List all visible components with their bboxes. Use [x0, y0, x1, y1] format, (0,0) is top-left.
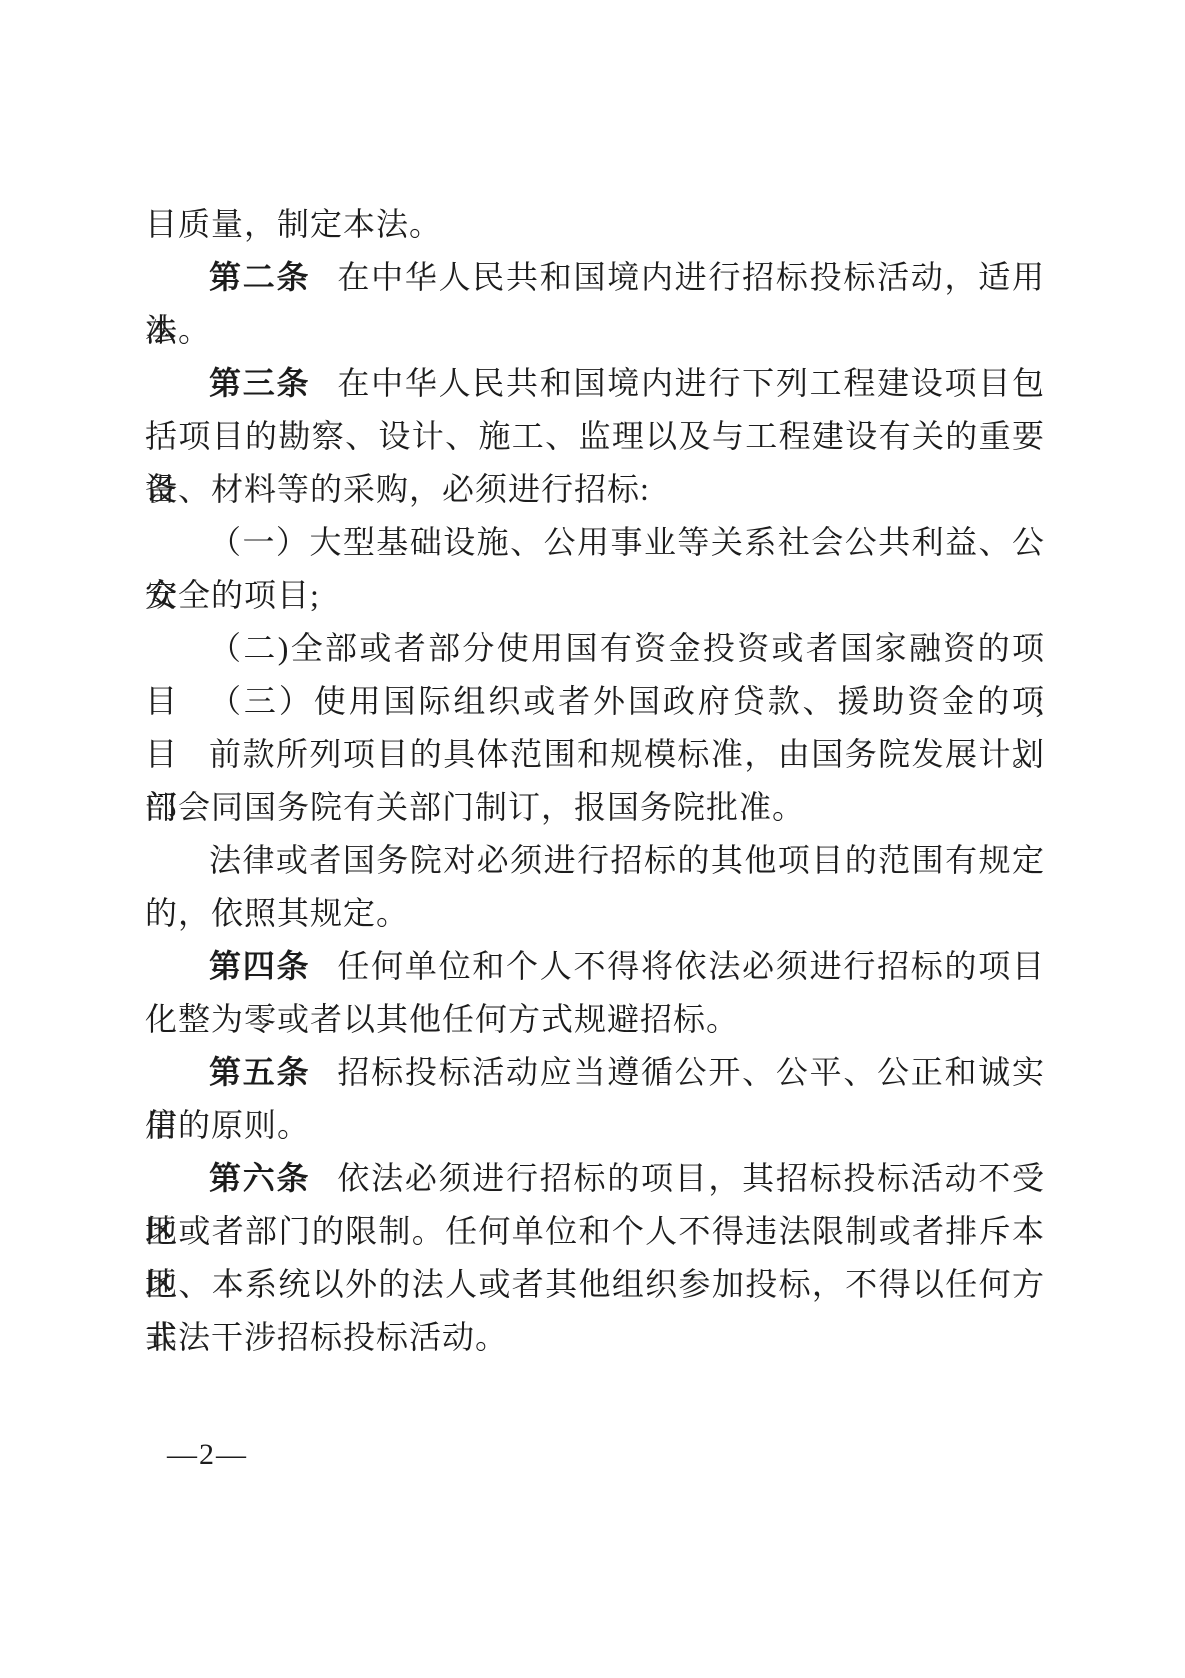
text-line: 备、材料等的采购，必须进行招标: — [145, 463, 1045, 516]
article-number: 第三条 — [209, 365, 310, 401]
line-text: 非法干涉招标投标活动。 — [145, 1319, 508, 1355]
article-number: 第五条 — [209, 1054, 310, 1090]
line-text: 安全的项目; — [145, 577, 320, 613]
line-text: 目质量，制定本法。 — [145, 206, 442, 242]
line-text: 门会同国务院有关部门制订，报国务院批准。 — [145, 789, 805, 825]
text-line: 非法干涉招标投标活动。 — [145, 1311, 1045, 1364]
text-line: 第二条在中华人民共和国境内进行招标投标活动，适用本 — [145, 251, 1045, 304]
article-number: 第六条 — [209, 1160, 310, 1196]
text-line: 目质量，制定本法。 — [145, 198, 1045, 251]
text-line: 区、本系统以外的法人或者其他组织参加投标，不得以任何方式 — [145, 1258, 1045, 1311]
text-line: 法律或者国务院对必须进行招标的其他项目的范围有规定 — [145, 834, 1045, 887]
text-line: （二)全部或者部分使用国有资金投资或者国家融资的项目; — [145, 622, 1045, 675]
line-text: 任何单位和个人不得将依法必须进行招标的项目 — [337, 948, 1045, 984]
article-number: 第二条 — [209, 259, 310, 295]
text-line: （三）使用国际组织或者外国政府贷款、援助资金的项目。 — [145, 675, 1045, 728]
text-line: 化整为零或者以其他任何方式规避招标。 — [145, 993, 1045, 1046]
line-text: 的，依照其规定。 — [145, 895, 409, 931]
line-text: 备、材料等的采购，必须进行招标: — [145, 471, 650, 507]
document-page: 目质量，制定本法。第二条在中华人民共和国境内进行招标投标活动，适用本法。第三条在… — [0, 0, 1185, 1678]
text-line: 法。 — [145, 304, 1045, 357]
page-number: —2— — [167, 1438, 248, 1472]
text-line: 第三条在中华人民共和国境内进行下列工程建设项目包 — [145, 357, 1045, 410]
text-line: 括项目的勘察、设计、施工、监理以及与工程建设有关的重要设 — [145, 410, 1045, 463]
text-line: 前款所列项目的具体范围和规模标准，由国务院发展计划部 — [145, 728, 1045, 781]
text-line: 区或者部门的限制。任何单位和个人不得违法限制或者排斥本地 — [145, 1205, 1045, 1258]
text-line: （一）大型基础设施、公用事业等关系社会公共利益、公众 — [145, 516, 1045, 569]
article-number: 第四条 — [209, 948, 310, 984]
text-line: 安全的项目; — [145, 569, 1045, 622]
line-text: 用的原则。 — [145, 1107, 310, 1143]
line-text: 在中华人民共和国境内进行下列工程建设项目包 — [337, 365, 1045, 401]
text-line: 用的原则。 — [145, 1099, 1045, 1152]
line-text: 法。 — [145, 312, 211, 348]
text-line: 第四条任何单位和个人不得将依法必须进行招标的项目 — [145, 940, 1045, 993]
line-text: 法律或者国务院对必须进行招标的其他项目的范围有规定 — [209, 842, 1045, 878]
text-line: 的，依照其规定。 — [145, 887, 1045, 940]
text-line: 门会同国务院有关部门制订，报国务院批准。 — [145, 781, 1045, 834]
line-text: 化整为零或者以其他任何方式规避招标。 — [145, 1001, 739, 1037]
text-line: 第五条招标投标活动应当遵循公开、公平、公正和诚实信 — [145, 1046, 1045, 1099]
text-line: 第六条依法必须进行招标的项目，其招标投标活动不受地 — [145, 1152, 1045, 1205]
document-body: 目质量，制定本法。第二条在中华人民共和国境内进行招标投标活动，适用本法。第三条在… — [145, 198, 1045, 1364]
